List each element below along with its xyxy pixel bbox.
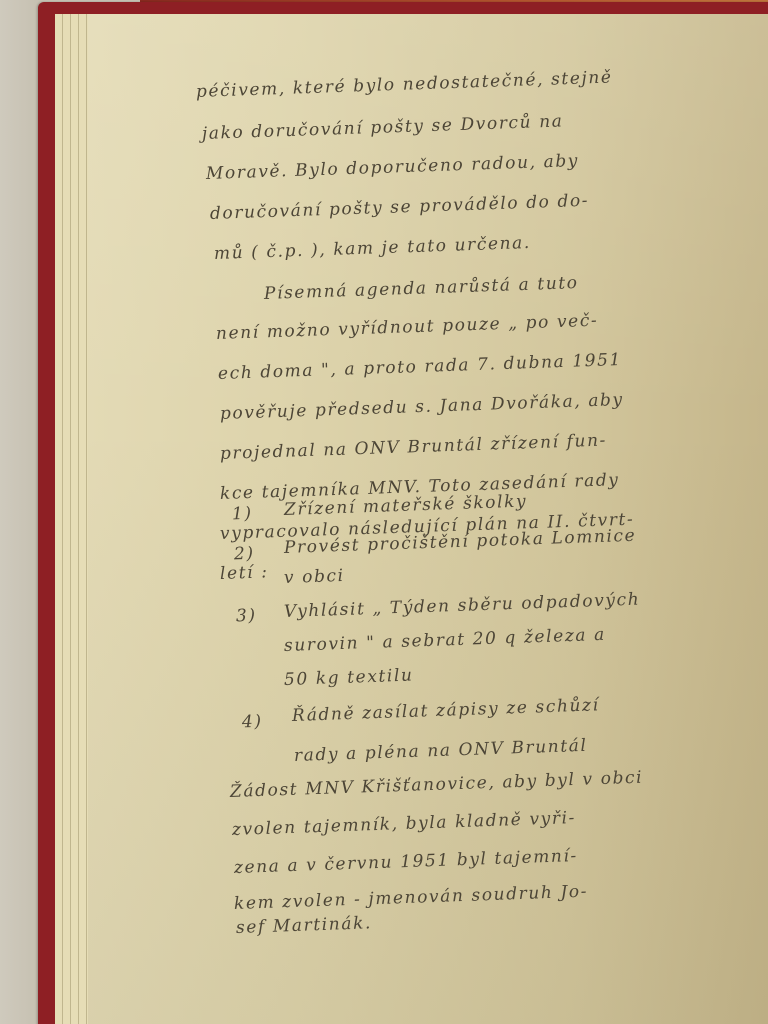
page-edge bbox=[86, 14, 87, 1024]
page-edge bbox=[78, 14, 79, 1024]
list-number: 2) bbox=[234, 544, 255, 565]
background-surface bbox=[0, 0, 40, 1024]
list-number: 3) bbox=[236, 606, 257, 627]
page-edge bbox=[70, 14, 71, 1024]
page-edge bbox=[62, 14, 63, 1024]
list-number: 1) bbox=[232, 504, 253, 525]
list-number: 4) bbox=[242, 712, 263, 733]
list-item-text: v obci bbox=[284, 566, 345, 588]
text-line: letí : bbox=[220, 562, 269, 584]
